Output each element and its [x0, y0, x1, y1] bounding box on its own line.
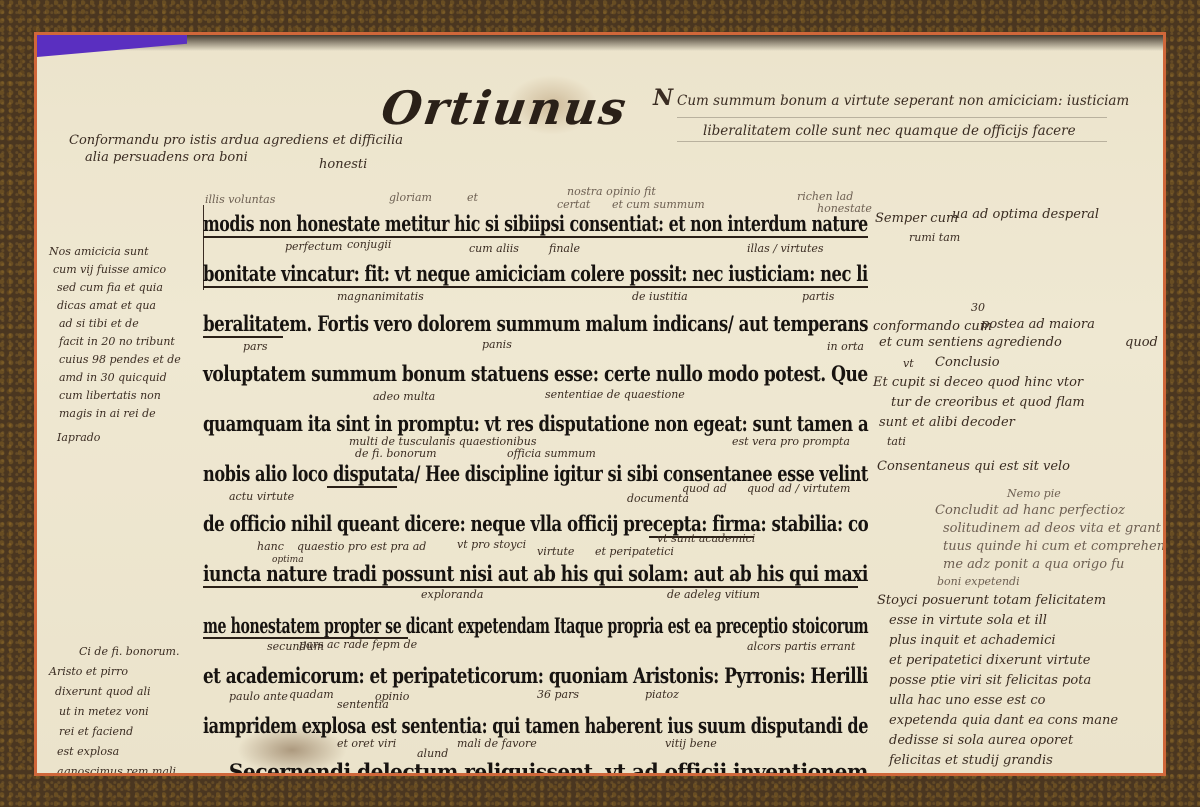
right-margin-note: Semper cum	[875, 211, 958, 227]
right-margin-note: postea ad maiora	[981, 317, 1095, 333]
interlinear-gloss: illis voluntas	[205, 193, 275, 206]
ruling-line	[677, 141, 1107, 142]
interlinear-gloss: de fi. bonorum	[355, 447, 437, 460]
left-margin-note: ut in metez voni	[59, 705, 149, 718]
right-margin-note: posse ptie viri sit felicitas pota	[889, 673, 1091, 689]
printed-line: beralitatem. Fortis vero dolorem summum …	[203, 311, 734, 336]
left-margin-note: agnoscimus rem mali	[57, 765, 176, 776]
printed-line: et academicorum: et peripateticorum: quo…	[203, 663, 737, 688]
right-margin-note: vt	[903, 357, 914, 370]
printed-line: voluptatem summum bonum statuens esse: c…	[203, 361, 746, 386]
right-margin-note: esse in virtute sola et ill	[889, 613, 1047, 629]
interlinear-gloss: finale	[549, 242, 580, 255]
interlinear-gloss: honestate	[817, 202, 872, 215]
interlinear-gloss: et	[467, 191, 478, 204]
interlinear-gloss: et peripatetici	[595, 545, 674, 558]
right-margin-note: quod	[1125, 335, 1158, 351]
interlinear-gloss: in orta	[827, 340, 864, 353]
interlinear-gloss: magnanimitatis	[337, 290, 424, 303]
interlinear-gloss: gloriam	[389, 191, 432, 204]
interlinear-gloss: documenta	[627, 492, 689, 505]
printed-line: quamquam ita sint in promptu: vt res dis…	[203, 411, 729, 436]
right-margin-note: 30	[971, 301, 985, 314]
right-margin-note: Concludit ad hanc perfectioz	[935, 503, 1125, 519]
right-margin-note: plus inquit et achademici	[889, 633, 1056, 649]
right-margin-note: me adz ponit a qua origo fu	[943, 557, 1124, 573]
interlinear-gloss: opinio	[375, 690, 409, 703]
right-margin-note: conformando cum	[873, 319, 992, 335]
right-margin-note: expetenda quia dant ea cons mane	[889, 713, 1118, 729]
annotation-top-left: Conformandu pro istis ardua agrediens et…	[69, 133, 403, 149]
interlinear-gloss: vitij bene	[665, 737, 717, 750]
interlinear-gloss: illas / virtutes	[747, 242, 824, 255]
underline	[327, 486, 397, 488]
underline	[203, 236, 868, 238]
right-margin-note: boni expetendi	[937, 575, 1020, 588]
interlinear-gloss: 36 pars	[537, 688, 579, 701]
interlinear-gloss: nostra opinio fit	[567, 185, 656, 198]
margin-mark: N	[653, 85, 673, 111]
left-margin-note: magis in ai rei de	[59, 407, 156, 420]
right-margin-note: sunt et alibi decoder	[879, 415, 1015, 431]
right-margin-note: solitudinem ad deos vita et grant	[943, 521, 1161, 537]
interlinear-gloss: sententiae de quaestione	[545, 388, 685, 401]
page-edge-shadow	[37, 35, 1163, 51]
interlinear-gloss: vt pro stoyci	[457, 538, 526, 551]
interlinear-gloss: pars	[243, 340, 268, 353]
printed-line: de officio nihil queant dicere: neque vl…	[203, 511, 734, 536]
right-margin-note: Stoyci posuerunt totam felicitatem	[877, 593, 1106, 609]
interlinear-gloss: et oret viri	[337, 737, 396, 750]
interlinear-gloss: certat	[557, 198, 590, 211]
left-margin-note: dicas amat et qua	[57, 299, 156, 312]
annotation-top-right: liberalitatem colle sunt nec quamque de …	[703, 123, 1076, 139]
interlinear-gloss: quaestio pro est pra ad	[297, 540, 426, 553]
printed-line: me honestatem propter se dicant expetend…	[203, 613, 653, 638]
interlinear-gloss: perfectum	[285, 240, 343, 253]
interlinear-gloss: virtute	[537, 545, 574, 558]
interlinear-gloss: hanc	[257, 540, 284, 553]
printed-line: modis non honestate metitur hic si sibii…	[203, 211, 708, 236]
interlinear-gloss: quod ad / virtutem	[747, 482, 850, 495]
interlinear-gloss: vt sunt academici	[657, 532, 755, 545]
underline	[203, 286, 868, 288]
right-margin-note: felicitas et studij grandis	[889, 753, 1053, 769]
left-margin-note: cuius 98 pendes et de	[59, 353, 181, 366]
right-margin-note: et peripatetici dixerunt virtute	[889, 653, 1090, 669]
interlinear-gloss: cum aliis	[469, 242, 519, 255]
left-margin-note: cum libertatis non	[59, 389, 161, 402]
underline	[203, 336, 283, 338]
right-margin-note: et cum sentiens agrediendo	[879, 335, 1062, 351]
left-margin-note: dixerunt quod ali	[55, 685, 151, 698]
left-margin-note: amd in 30 quicquid	[59, 371, 167, 384]
right-margin-note: Conclusio	[935, 355, 1000, 371]
interlinear-gloss: et cum summum	[612, 198, 705, 211]
right-margin-note: Consentaneus qui est sit velo	[877, 459, 1070, 475]
annotation-top-right: Cum summum bonum a virtute seperant non …	[677, 93, 1129, 109]
printed-line: ... Secernendi delectum reliquissent. vt…	[203, 759, 849, 776]
manuscript-page: Ortiunus Conformandu pro istis ardua agr…	[34, 32, 1166, 776]
right-margin-note: Nemo pie	[1007, 487, 1061, 500]
right-margin-note: dedisse si sola aurea oporet	[889, 733, 1073, 749]
interlinear-gloss: piatoz	[645, 688, 679, 701]
interlinear-gloss: partis	[802, 290, 834, 303]
left-margin-note: Aristo et pirro	[49, 665, 128, 678]
interlinear-gloss: pars ac rade fepm de	[299, 638, 417, 651]
interlinear-gloss: quod ad	[682, 482, 727, 495]
interlinear-gloss: mali de favore	[457, 737, 537, 750]
left-margin-note: est explosa	[57, 745, 119, 758]
right-margin-note: tur de creoribus et quod flam	[891, 395, 1085, 411]
left-margin-note: rei et faciend	[59, 725, 133, 738]
left-margin-note: Nos amicicia sunt	[49, 245, 149, 258]
printed-line: iampridem explosa est sententia: qui tam…	[203, 713, 716, 738]
right-margin-note: tati	[887, 435, 906, 448]
right-margin-note: tuus quinde hi cum et comprehend	[943, 539, 1166, 555]
right-margin-note: ulla hac uno esse est co	[889, 693, 1046, 709]
interlinear-gloss: de adeleg vitium	[667, 588, 760, 601]
right-margin-note: Et cupit si deceo quod hinc vtor	[873, 375, 1083, 391]
annotation-top-left: honesti	[319, 157, 367, 173]
right-margin-note: ua ad optima desperal	[952, 207, 1099, 223]
interlinear-gloss: alcors partis errant	[747, 640, 855, 653]
interlinear-gloss: paulo ante	[229, 690, 288, 703]
interlinear-gloss: est vera pro prompta	[732, 435, 850, 448]
printed-line: bonitate vincatur: fit: vt neque amicici…	[203, 261, 725, 286]
left-margin-note: ad si tibi et de	[59, 317, 139, 330]
ruling-line	[677, 117, 1107, 118]
interlinear-gloss: officia summum	[507, 447, 596, 460]
interlinear-gloss: conjugii	[347, 238, 391, 251]
left-margin-note: sed cum fia et quia	[57, 281, 163, 294]
interlinear-gloss: quadam	[289, 688, 334, 701]
page-heading: Ortiunus	[378, 81, 631, 135]
interlinear-gloss: optima	[272, 555, 304, 566]
left-margin-note: cum vij fuisse amico	[53, 263, 166, 276]
interlinear-gloss: panis	[482, 338, 512, 351]
interlinear-gloss: adeo multa	[373, 390, 435, 403]
printed-line: nobis alio loco disputata/ Hee disciplin…	[203, 461, 720, 486]
annotation-top-left: alia persuadens ora boni	[85, 150, 248, 166]
interlinear-gloss: alund	[417, 747, 448, 760]
interlinear-gloss: exploranda	[421, 588, 483, 601]
left-margin-note: Iaprado	[57, 431, 100, 444]
left-margin-note: facit in 20 no tribunt	[59, 335, 175, 348]
interlinear-gloss: actu virtute	[229, 490, 294, 503]
left-margin-note: Ci de fi. bonorum.	[79, 645, 179, 658]
interlinear-gloss: de iustitia	[632, 290, 688, 303]
right-margin-note: rumi tam	[909, 231, 960, 244]
